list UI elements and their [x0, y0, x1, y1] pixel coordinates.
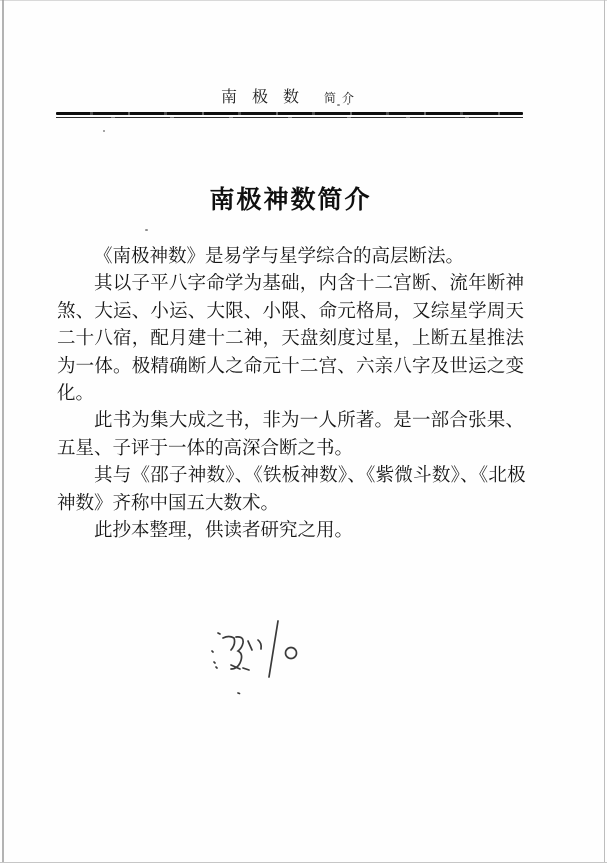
body-text-line: 化。: [57, 381, 524, 408]
body-text-line: 五星、子评于一体的高深合断之书。: [57, 436, 524, 463]
body-text-line: 二十八宿，配月建十二神，天盘刻度过星，上断五星推法: [57, 326, 524, 353]
body-text-line: 《南极神数》是易学与星学综合的高层断法。: [57, 244, 524, 271]
body-text-line: 其与《邵子神数》、《铁板神数》、《紫微斗数》、《北极: [57, 463, 524, 490]
header-rule-thin: [56, 117, 523, 118]
body-text-line: 此书为集大成之书，非为一人所著。是一部合张果、: [57, 408, 524, 435]
body-text-line: 此抄本整理，供读者研究之用。: [57, 518, 524, 545]
page-title: 南极神数简介: [57, 180, 524, 216]
running-header-sub: 简介: [324, 89, 360, 106]
body-text-line: 煞、大运、小运、大限、小限、命元格局，又综星学周天: [57, 299, 524, 326]
body-text-line: 神数》齐称中国五大数术。: [57, 491, 524, 518]
scanned-book-page: 南极数 简介 南极神数简介 《南极神数》是易学与星学综合的高层断法。其以子平八字…: [0, 0, 607, 863]
scan-edge-right: [604, 0, 605, 863]
scan-speck: [103, 130, 105, 132]
scan-edge-left: [2, 0, 4, 863]
body-text: 《南极神数》是易学与星学综合的高层断法。其以子平八字命学为基础，内含十二宫断、流…: [57, 244, 524, 545]
body-text-line: 为一体。极精确断人之命元十二宫、六亲八字及世运之变: [57, 354, 524, 381]
header-double-rule: [56, 112, 523, 120]
handwritten-signature: [200, 610, 310, 705]
body-text-line: 其以子平八字命学为基础，内含十二宫断、流年断神: [57, 271, 524, 298]
scan-speck: [337, 104, 340, 106]
running-header: 南极数 简介: [57, 84, 524, 107]
scan-speck: [347, 103, 349, 105]
header-rule-thick: [56, 112, 523, 115]
scan-speck: [145, 229, 148, 231]
running-header-main: 南极数: [221, 84, 314, 107]
scan-edge-top: [0, 0, 607, 1]
